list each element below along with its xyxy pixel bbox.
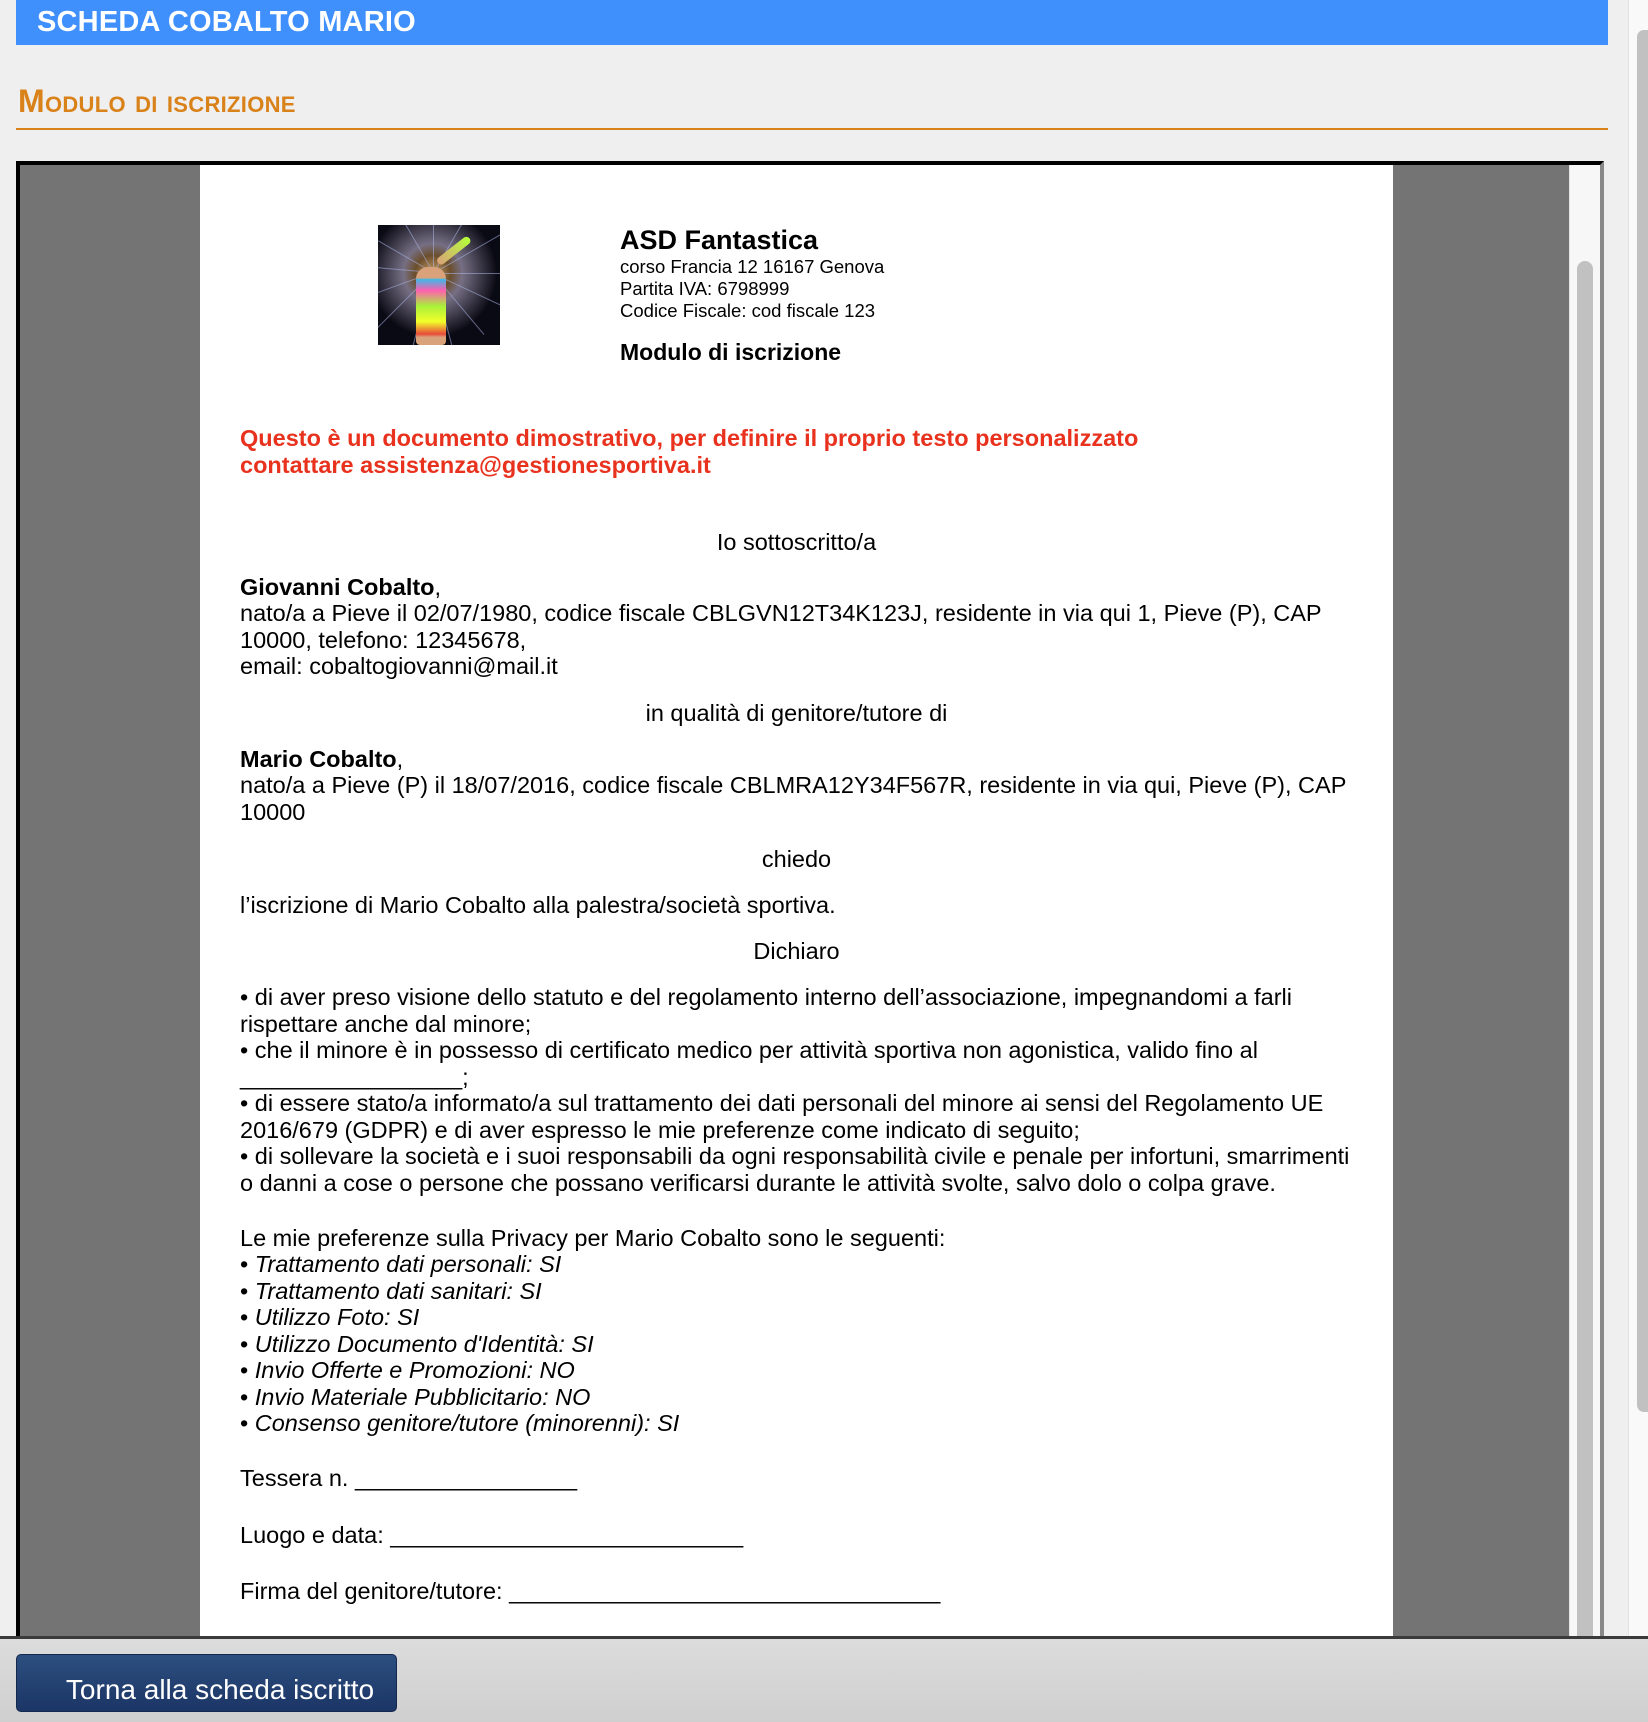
page-scrollbar[interactable] [1628, 0, 1648, 1636]
document-viewer[interactable]: ASD Fantastica corso Francia 12 16167 Ge… [16, 161, 1604, 1636]
privacy-intro: Le mie preferenze sulla Privacy per Mari… [240, 1225, 1370, 1252]
declaration-line: o danni a cose o persone che possano ver… [240, 1170, 1370, 1197]
declaration-line: 2016/679 (GDPR) e di aver espresso le mi… [240, 1117, 1370, 1144]
guardian-label: in qualità di genitore/tutore di [200, 700, 1393, 727]
declare-label: Dichiaro [200, 938, 1393, 965]
page-scrollbar-thumb[interactable] [1637, 30, 1648, 1412]
back-to-member-button[interactable]: Torna alla scheda iscritto [16, 1654, 397, 1712]
declaration-line: rispettare anche dal minore; [240, 1011, 1370, 1038]
child-name-line: Mario Cobalto, [240, 746, 1370, 773]
organization-logo [378, 225, 500, 345]
undersigned-label: Io sottoscritto/a [200, 529, 1393, 556]
organization-name: ASD Fantastica [620, 225, 818, 256]
organization-vat: Partita IVA: 6798999 [620, 278, 789, 300]
privacy-preference-item: • Utilizzo Foto: SI [240, 1304, 1370, 1331]
child-details-1: nato/a a Pieve (P) il 18/07/2016, codice… [240, 772, 1370, 799]
document-title: Modulo di iscrizione [620, 339, 841, 366]
section-title: Modulo di iscrizione [18, 83, 296, 120]
demo-notice-line-2: contattare assistenza@gestionesportiva.i… [240, 452, 1370, 479]
request-text: l’iscrizione di Mario Cobalto alla pales… [240, 892, 1370, 919]
privacy-preference-item: • Invio Materiale Pubblicitario: NO [240, 1384, 1370, 1411]
parent-name: Giovanni Cobalto [240, 574, 435, 600]
privacy-preference-item: • Consenso genitore/tutore (minorenni): … [240, 1410, 1370, 1437]
child-name: Mario Cobalto [240, 746, 397, 772]
privacy-preference-item: • Invio Offerte e Promozioni: NO [240, 1357, 1370, 1384]
privacy-preference-item: • Trattamento dati personali: SI [240, 1251, 1370, 1278]
document-scrollbar-thumb[interactable] [1577, 261, 1593, 1636]
document-page: ASD Fantastica corso Francia 12 16167 Ge… [200, 165, 1393, 1636]
declaration-line: • di sollevare la società e i suoi respo… [240, 1143, 1370, 1170]
parent-details-1: nato/a a Pieve il 02/07/1980, codice fis… [240, 600, 1370, 627]
section-divider [16, 128, 1608, 130]
parent-email: email: cobaltogiovanni@mail.it [240, 653, 1370, 680]
document-scrollbar[interactable] [1569, 165, 1600, 1636]
organization-address: corso Francia 12 16167 Genova [620, 256, 884, 278]
place-date-field: Luogo e data: __________________________… [240, 1522, 1370, 1549]
demo-notice-line-1: Questo è un documento dimostrativo, per … [240, 425, 1370, 452]
declaration-line: • di essere stato/a informato/a sul trat… [240, 1090, 1370, 1117]
parent-details-2: 10000, telefono: 12345678, [240, 627, 1370, 654]
signature-field: Firma del genitore/tutore: _____________… [240, 1578, 1370, 1605]
footer-bar: Torna alla scheda iscritto [0, 1636, 1648, 1722]
privacy-preference-item: • Utilizzo Documento d'Identità: SI [240, 1331, 1370, 1358]
parent-name-line: Giovanni Cobalto, [240, 574, 1370, 601]
privacy-preference-item: • Trattamento dati sanitari: SI [240, 1278, 1370, 1305]
page-title: SCHEDA COBALTO MARIO [37, 6, 416, 39]
page-title-bar: SCHEDA COBALTO MARIO [16, 0, 1608, 45]
card-number-field: Tessera n. _________________ [240, 1465, 1370, 1492]
declaration-line: _________________; [240, 1064, 1370, 1091]
organization-tax-code: Codice Fiscale: cod fiscale 123 [620, 300, 875, 322]
request-label: chiedo [200, 846, 1393, 873]
declaration-line: • che il minore è in possesso di certifi… [240, 1037, 1370, 1064]
declaration-line: • di aver preso visione dello statuto e … [240, 984, 1370, 1011]
child-details-2: 10000 [240, 799, 1370, 826]
